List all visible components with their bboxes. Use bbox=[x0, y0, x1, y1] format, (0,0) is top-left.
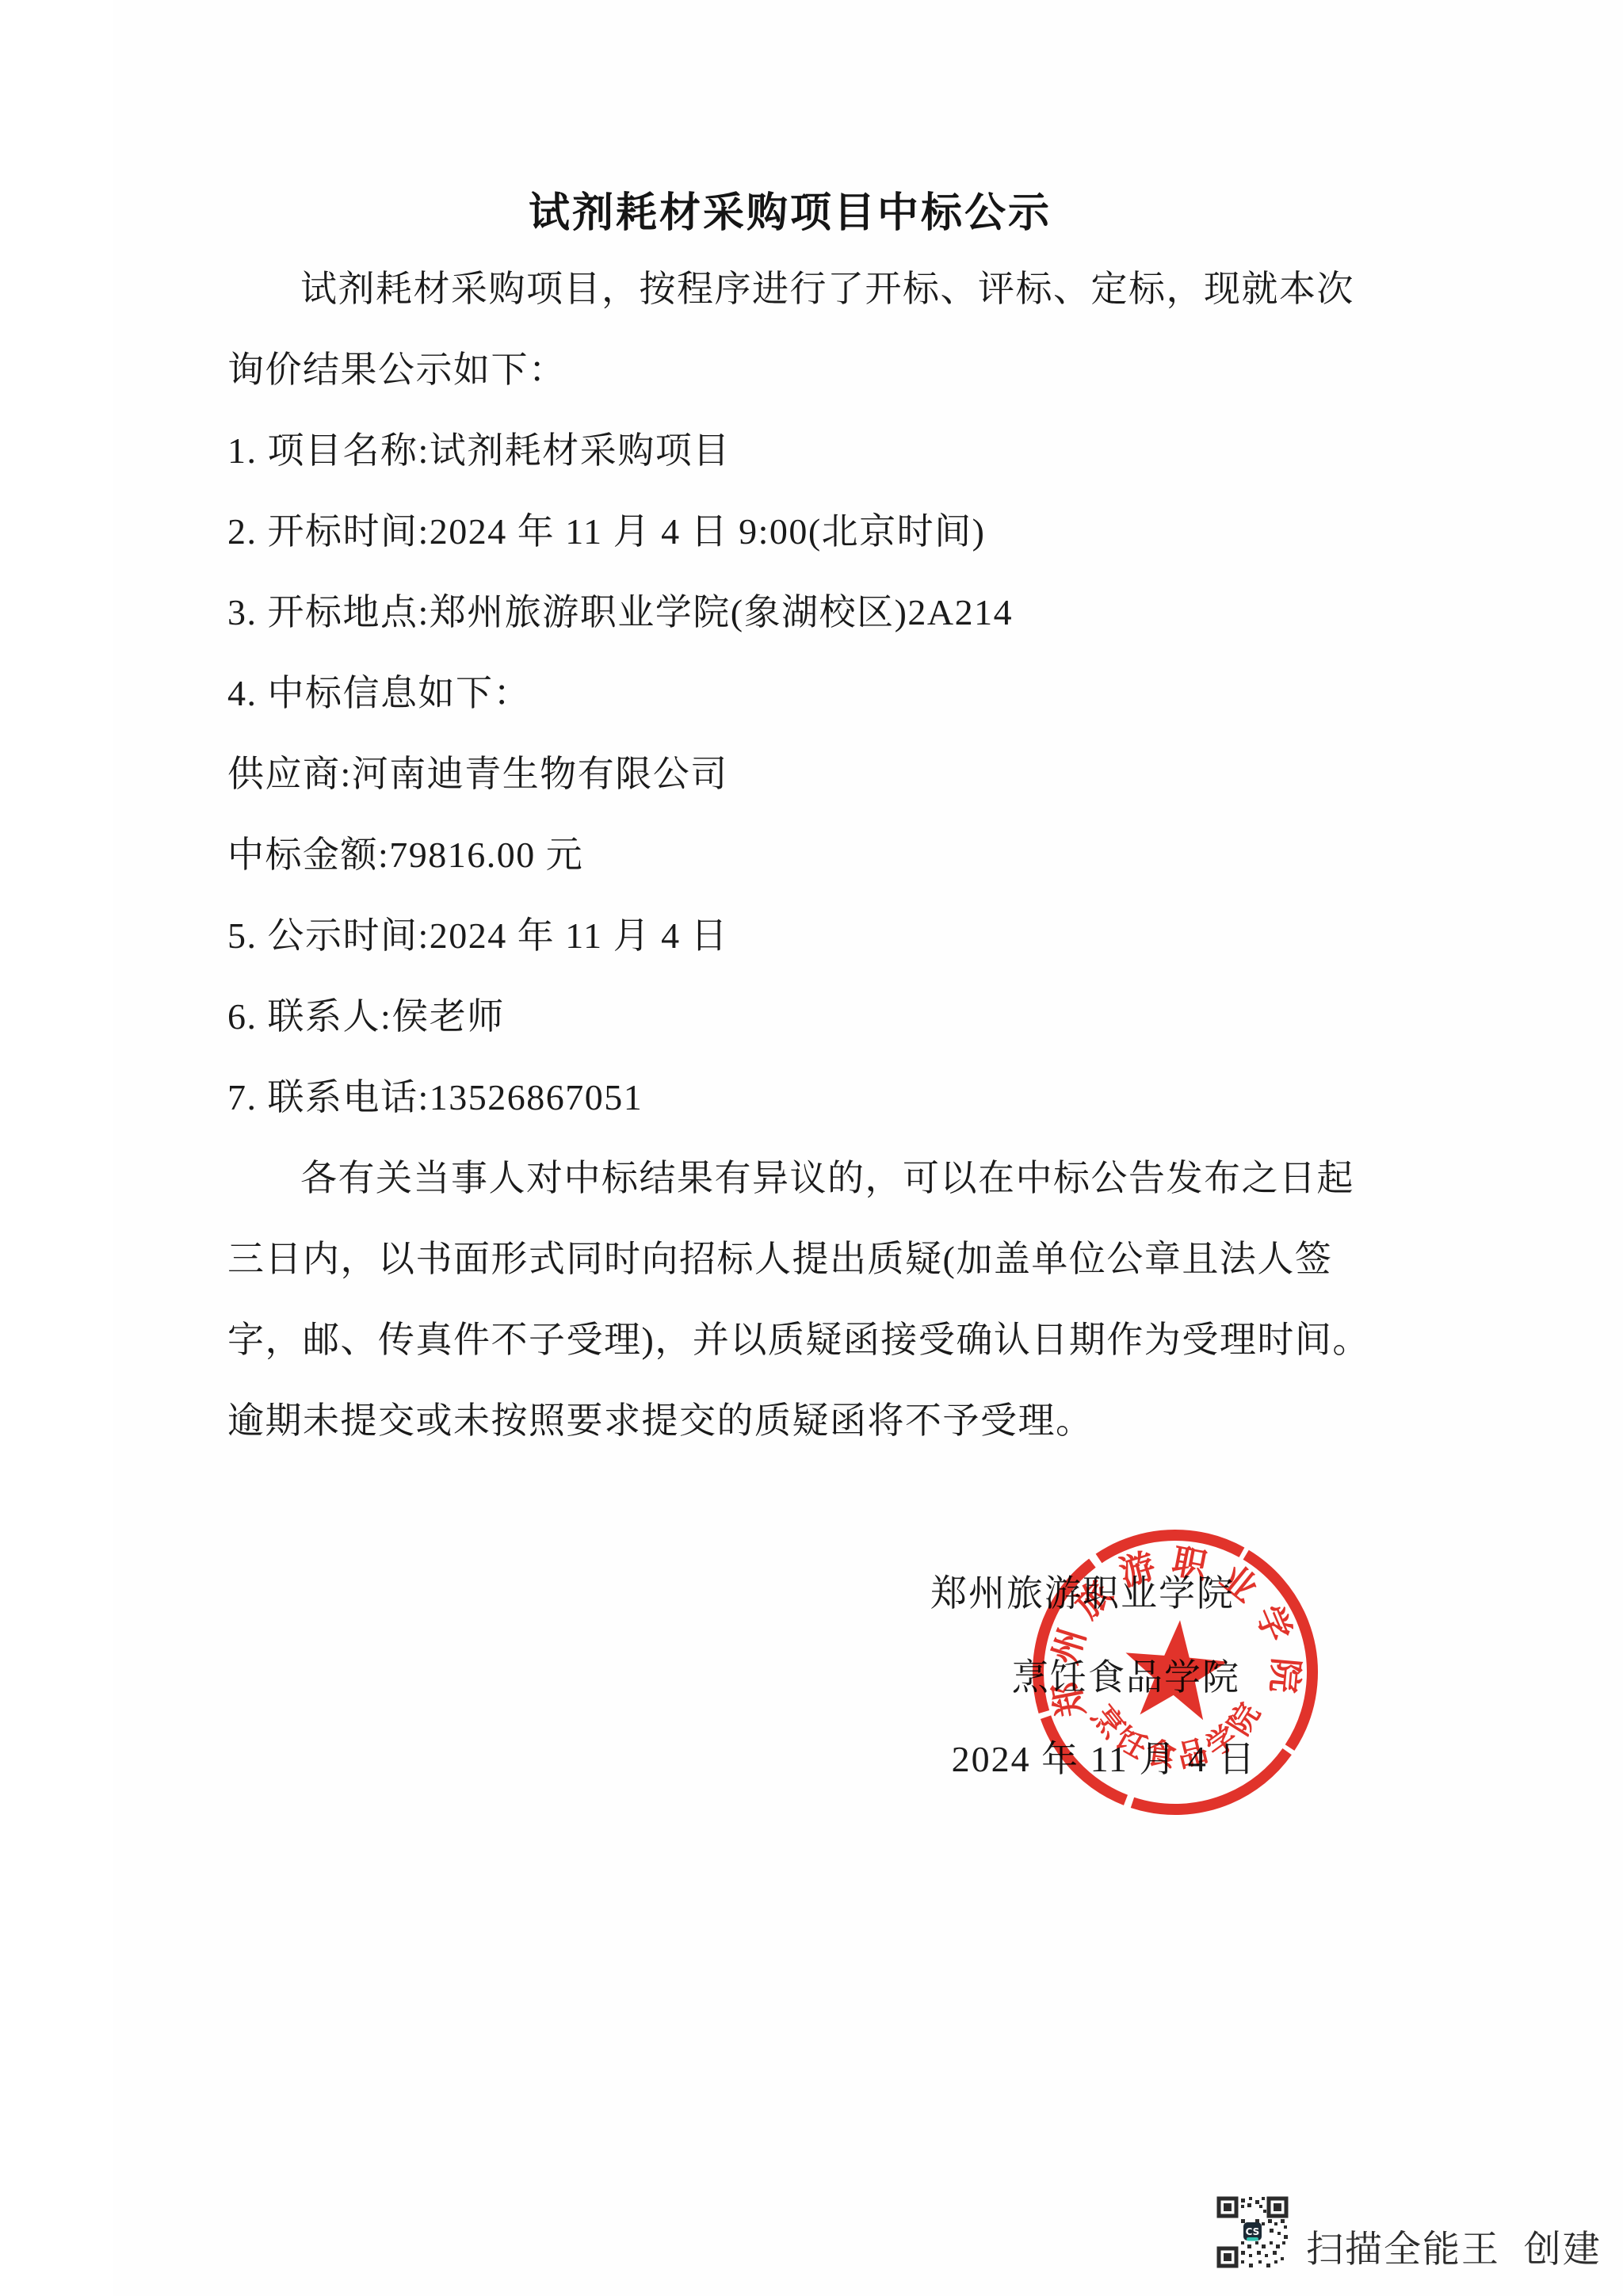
qr-code-icon: CS bbox=[1214, 2194, 1291, 2271]
body-line: 三日内，以书面形式同时向招标人提出质疑(加盖单位公章且法人签 bbox=[227, 1219, 1384, 1300]
body-line: 字，邮、传真件不子受理)，并以质疑函接受确认日期作为受理时间。 bbox=[227, 1300, 1384, 1381]
official-seal: 郑州旅游职业学院 烹饪食品学院 bbox=[1017, 1514, 1334, 1831]
scan-edge-strip bbox=[0, 0, 113, 2296]
body-line: 逾期未提交或未按照要求提交的质疑函将不予受理。 bbox=[227, 1381, 1384, 1461]
body-line-item-6: 6. 联系人:侯老师 bbox=[227, 976, 1384, 1057]
body-line: 各有关当事人对中标结果有异议的，可以在中标公告发布之日起 bbox=[227, 1138, 1384, 1219]
seal-arc-bottom-label: 烹饪食品学院 bbox=[1084, 1692, 1273, 1779]
body-line: 询价结果公示如下： bbox=[227, 330, 1384, 411]
body-line: 试剂耗材采购项目，按程序进行了开标、评标、定标，现就本次 bbox=[227, 249, 1384, 330]
document-title: 试剂耗材采购项目中标公示 bbox=[227, 179, 1353, 239]
scanned-document-page: 试剂耗材采购项目中标公示 试剂耗材采购项目，按程序进行了开标、评标、定标，现就本… bbox=[0, 0, 1623, 2296]
camscanner-logo-icon: CS bbox=[1243, 2222, 1262, 2241]
body-line-item-2: 2. 开标时间:2024 年 11 月 4 日 9:00(北京时间) bbox=[227, 491, 1384, 572]
camscanner-caption: 扫描全能王 创建 bbox=[1306, 2220, 1602, 2273]
body-line-supplier: 供应商:河南迪青生物有限公司 bbox=[227, 734, 1384, 815]
body-line-item-5: 5. 公示时间:2024 年 11 月 4 日 bbox=[227, 896, 1384, 976]
document-body: 试剂耗材采购项目，按程序进行了开标、评标、定标，现就本次 询价结果公示如下： 1… bbox=[227, 249, 1384, 1461]
body-line-item-7: 7. 联系电话:13526867051 bbox=[227, 1057, 1384, 1138]
camscanner-badge-label: CS bbox=[1246, 2226, 1260, 2237]
seal-star-icon bbox=[1121, 1616, 1232, 1722]
body-line-item-3: 3. 开标地点:郑州旅游职业学院(象湖校区)2A214 bbox=[227, 572, 1384, 653]
body-line-item-4: 4. 中标信息如下： bbox=[227, 653, 1384, 734]
seal-arc-bottom-text: 烹饪食品学院 bbox=[1084, 1692, 1273, 1779]
body-line-item-1: 1. 项目名称:试剂耗材采购项目 bbox=[227, 411, 1384, 491]
body-line-amount: 中标金额:79816.00 元 bbox=[227, 815, 1384, 896]
